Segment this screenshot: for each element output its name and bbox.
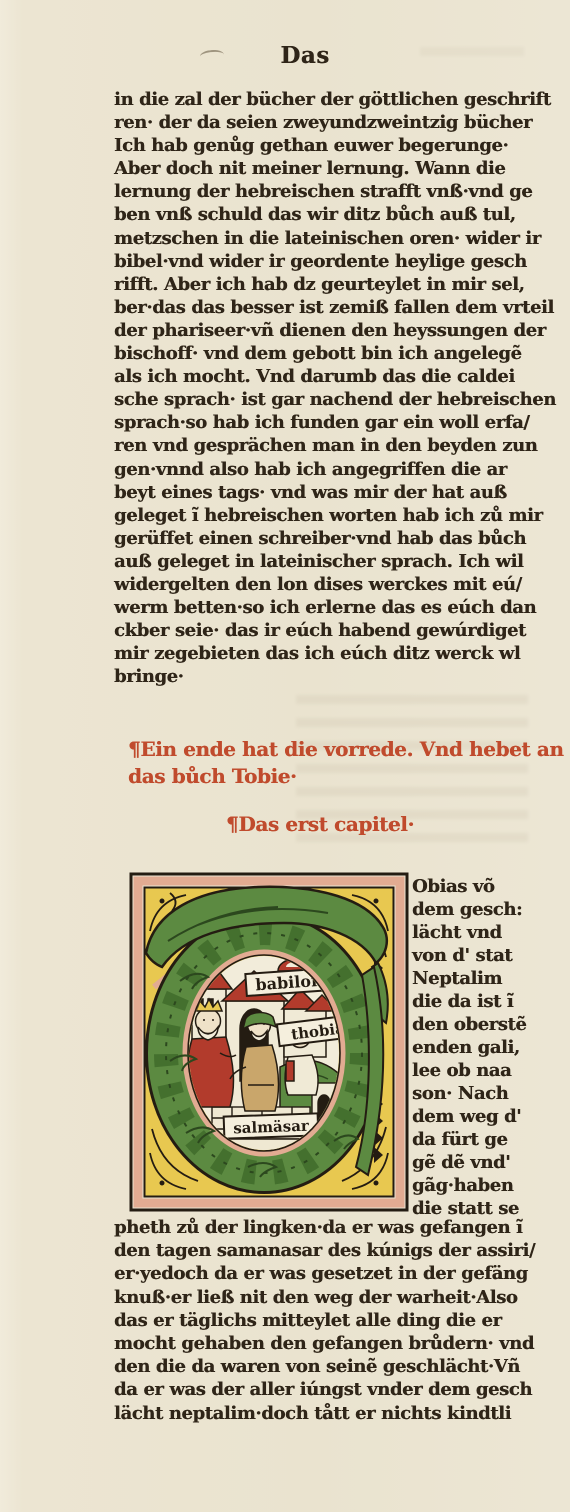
chapter-bottom-text: pheth zů der lingken·da er was gefangen … <box>114 1216 538 1425</box>
salmanasar-banner: salmäsar <box>224 1113 319 1138</box>
incunable-page: Das in die zal der bücher der göttlichen… <box>0 0 570 1512</box>
chapter-side-text: Obias võ dem gesch: lächt vnd von d' sta… <box>412 875 536 1220</box>
svg-text:salmäsar: salmäsar <box>233 1117 310 1138</box>
prologue-text: in die zal der bücher der göttlichen ges… <box>114 88 534 688</box>
historiated-initial-T: babilon thobias salmäsar <box>128 871 410 1213</box>
running-header: Das <box>20 42 570 69</box>
rubric-chapter-heading: ¶Das erst capitel· <box>226 812 414 836</box>
rubric-end-of-preface: ¶Ein ende hat die vorrede. Vnd hebet an … <box>128 736 538 790</box>
